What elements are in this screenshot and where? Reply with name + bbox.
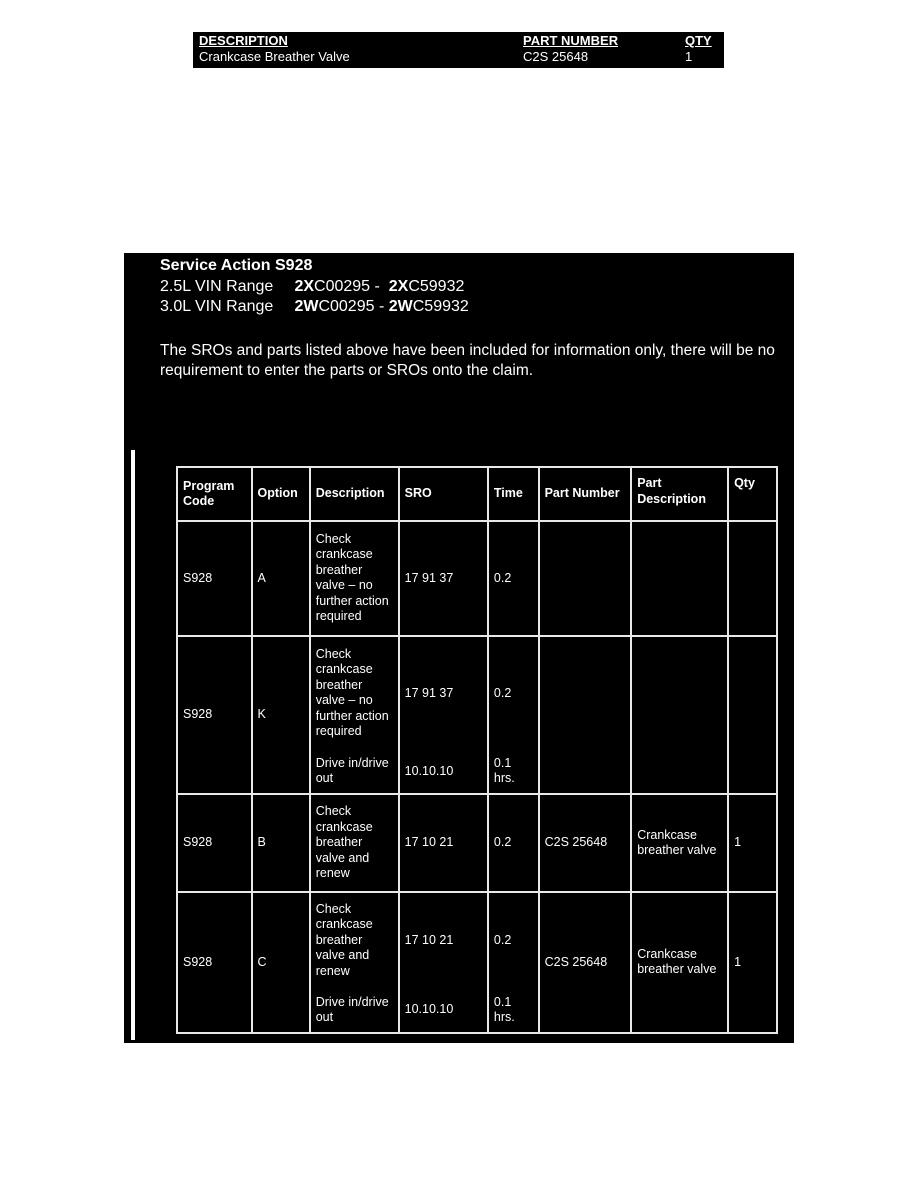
header-option: Option — [252, 467, 310, 521]
parts-row-qty: 1 — [685, 49, 692, 65]
header-part-description: Part Description — [631, 467, 728, 521]
cell-time: 0.2 — [488, 521, 539, 636]
vin-range-2-5l: 2.5L VIN Range 2XC00295 - 2XC59932 — [160, 278, 464, 296]
cell-program-code: S928 — [177, 794, 252, 892]
cell-part-number: C2S 25648 — [539, 892, 632, 1033]
cell-part-description — [631, 636, 728, 794]
header-program-code: Program Code — [177, 467, 252, 521]
cell-description: Check crankcase breather valve and renew — [310, 892, 399, 988]
cell-qty: 1 — [728, 794, 777, 892]
sro-table: Program Code Option Description SRO Time… — [176, 466, 778, 1034]
cell-time: 0.2 — [488, 636, 539, 750]
vin-start-rest: C00295 - — [318, 298, 384, 315]
change-bar — [131, 450, 135, 1040]
cell-sro: 17 10 21 — [399, 892, 488, 988]
parts-list-header-bar: DESCRIPTION PART NUMBER QTY Crankcase Br… — [193, 32, 724, 68]
service-action-title: Service Action S928 — [160, 257, 312, 275]
service-action-panel: Service Action S928 2.5L VIN Range 2XC00… — [124, 253, 794, 1043]
table-row: S928ACheck crankcase breather valve – no… — [177, 521, 777, 636]
cell-description: Drive in/drive out — [310, 750, 399, 795]
cell-time: 0.1 hrs. — [488, 750, 539, 795]
vin-start-prefix: 2X — [294, 278, 314, 295]
vin-range-3-0l: 3.0L VIN Range 2WC00295 - 2WC59932 — [160, 298, 469, 316]
cell-sro: 10.10.10 — [399, 750, 488, 795]
cell-description: Drive in/drive out — [310, 988, 399, 1033]
cell-program-code: S928 — [177, 892, 252, 1033]
vin-end-rest: C59932 — [408, 278, 464, 295]
cell-qty — [728, 521, 777, 636]
cell-program-code: S928 — [177, 521, 252, 636]
parts-header-part-number: PART NUMBER — [523, 33, 618, 49]
cell-time: 0.1 hrs. — [488, 988, 539, 1033]
parts-header-qty: QTY — [685, 33, 712, 49]
cell-option: A — [252, 521, 310, 636]
vin-end-rest: C59932 — [413, 298, 469, 315]
cell-part-description: Crankcase breather valve — [631, 794, 728, 892]
table-header-row: Program Code Option Description SRO Time… — [177, 467, 777, 521]
table-row: S928BCheck crankcase breather valve and … — [177, 794, 777, 892]
cell-description: Check crankcase breather valve – no furt… — [310, 636, 399, 750]
cell-program-code: S928 — [177, 636, 252, 794]
cell-qty — [728, 636, 777, 794]
header-sro: SRO — [399, 467, 488, 521]
vin-start-prefix: 2W — [294, 298, 318, 315]
cell-description: Check crankcase breather valve – no furt… — [310, 521, 399, 636]
cell-part-description — [631, 521, 728, 636]
cell-part-description: Crankcase breather valve — [631, 892, 728, 1033]
header-description: Description — [310, 467, 399, 521]
parts-row-description: Crankcase Breather Valve — [199, 49, 350, 65]
cell-part-number — [539, 636, 632, 794]
cell-qty: 1 — [728, 892, 777, 1033]
cell-time: 0.2 — [488, 794, 539, 892]
vin-end-prefix: 2X — [389, 278, 409, 295]
cell-option: B — [252, 794, 310, 892]
header-qty: Qty — [728, 467, 777, 521]
cell-description: Check crankcase breather valve and renew — [310, 794, 399, 892]
cell-sro: 17 10 21 — [399, 794, 488, 892]
cell-sro: 17 91 37 — [399, 521, 488, 636]
vin-end-prefix: 2W — [389, 298, 413, 315]
cell-option: C — [252, 892, 310, 1033]
parts-header-description: DESCRIPTION — [199, 33, 288, 49]
cell-option: K — [252, 636, 310, 794]
cell-part-number — [539, 521, 632, 636]
cell-sro: 17 91 37 — [399, 636, 488, 750]
vin-range-label: 3.0L VIN Range — [160, 298, 290, 316]
table-row: S928CCheck crankcase breather valve and … — [177, 892, 777, 988]
parts-row-part-number: C2S 25648 — [523, 49, 588, 65]
vin-range-label: 2.5L VIN Range — [160, 278, 290, 296]
cell-time: 0.2 — [488, 892, 539, 988]
information-note: The SROs and parts listed above have bee… — [160, 341, 790, 381]
cell-part-number: C2S 25648 — [539, 794, 632, 892]
table-row: S928KCheck crankcase breather valve – no… — [177, 636, 777, 750]
cell-sro: 10.10.10 — [399, 988, 488, 1033]
vin-start-rest: C00295 - — [314, 278, 380, 295]
header-part-number: Part Number — [539, 467, 632, 521]
header-time: Time — [488, 467, 539, 521]
